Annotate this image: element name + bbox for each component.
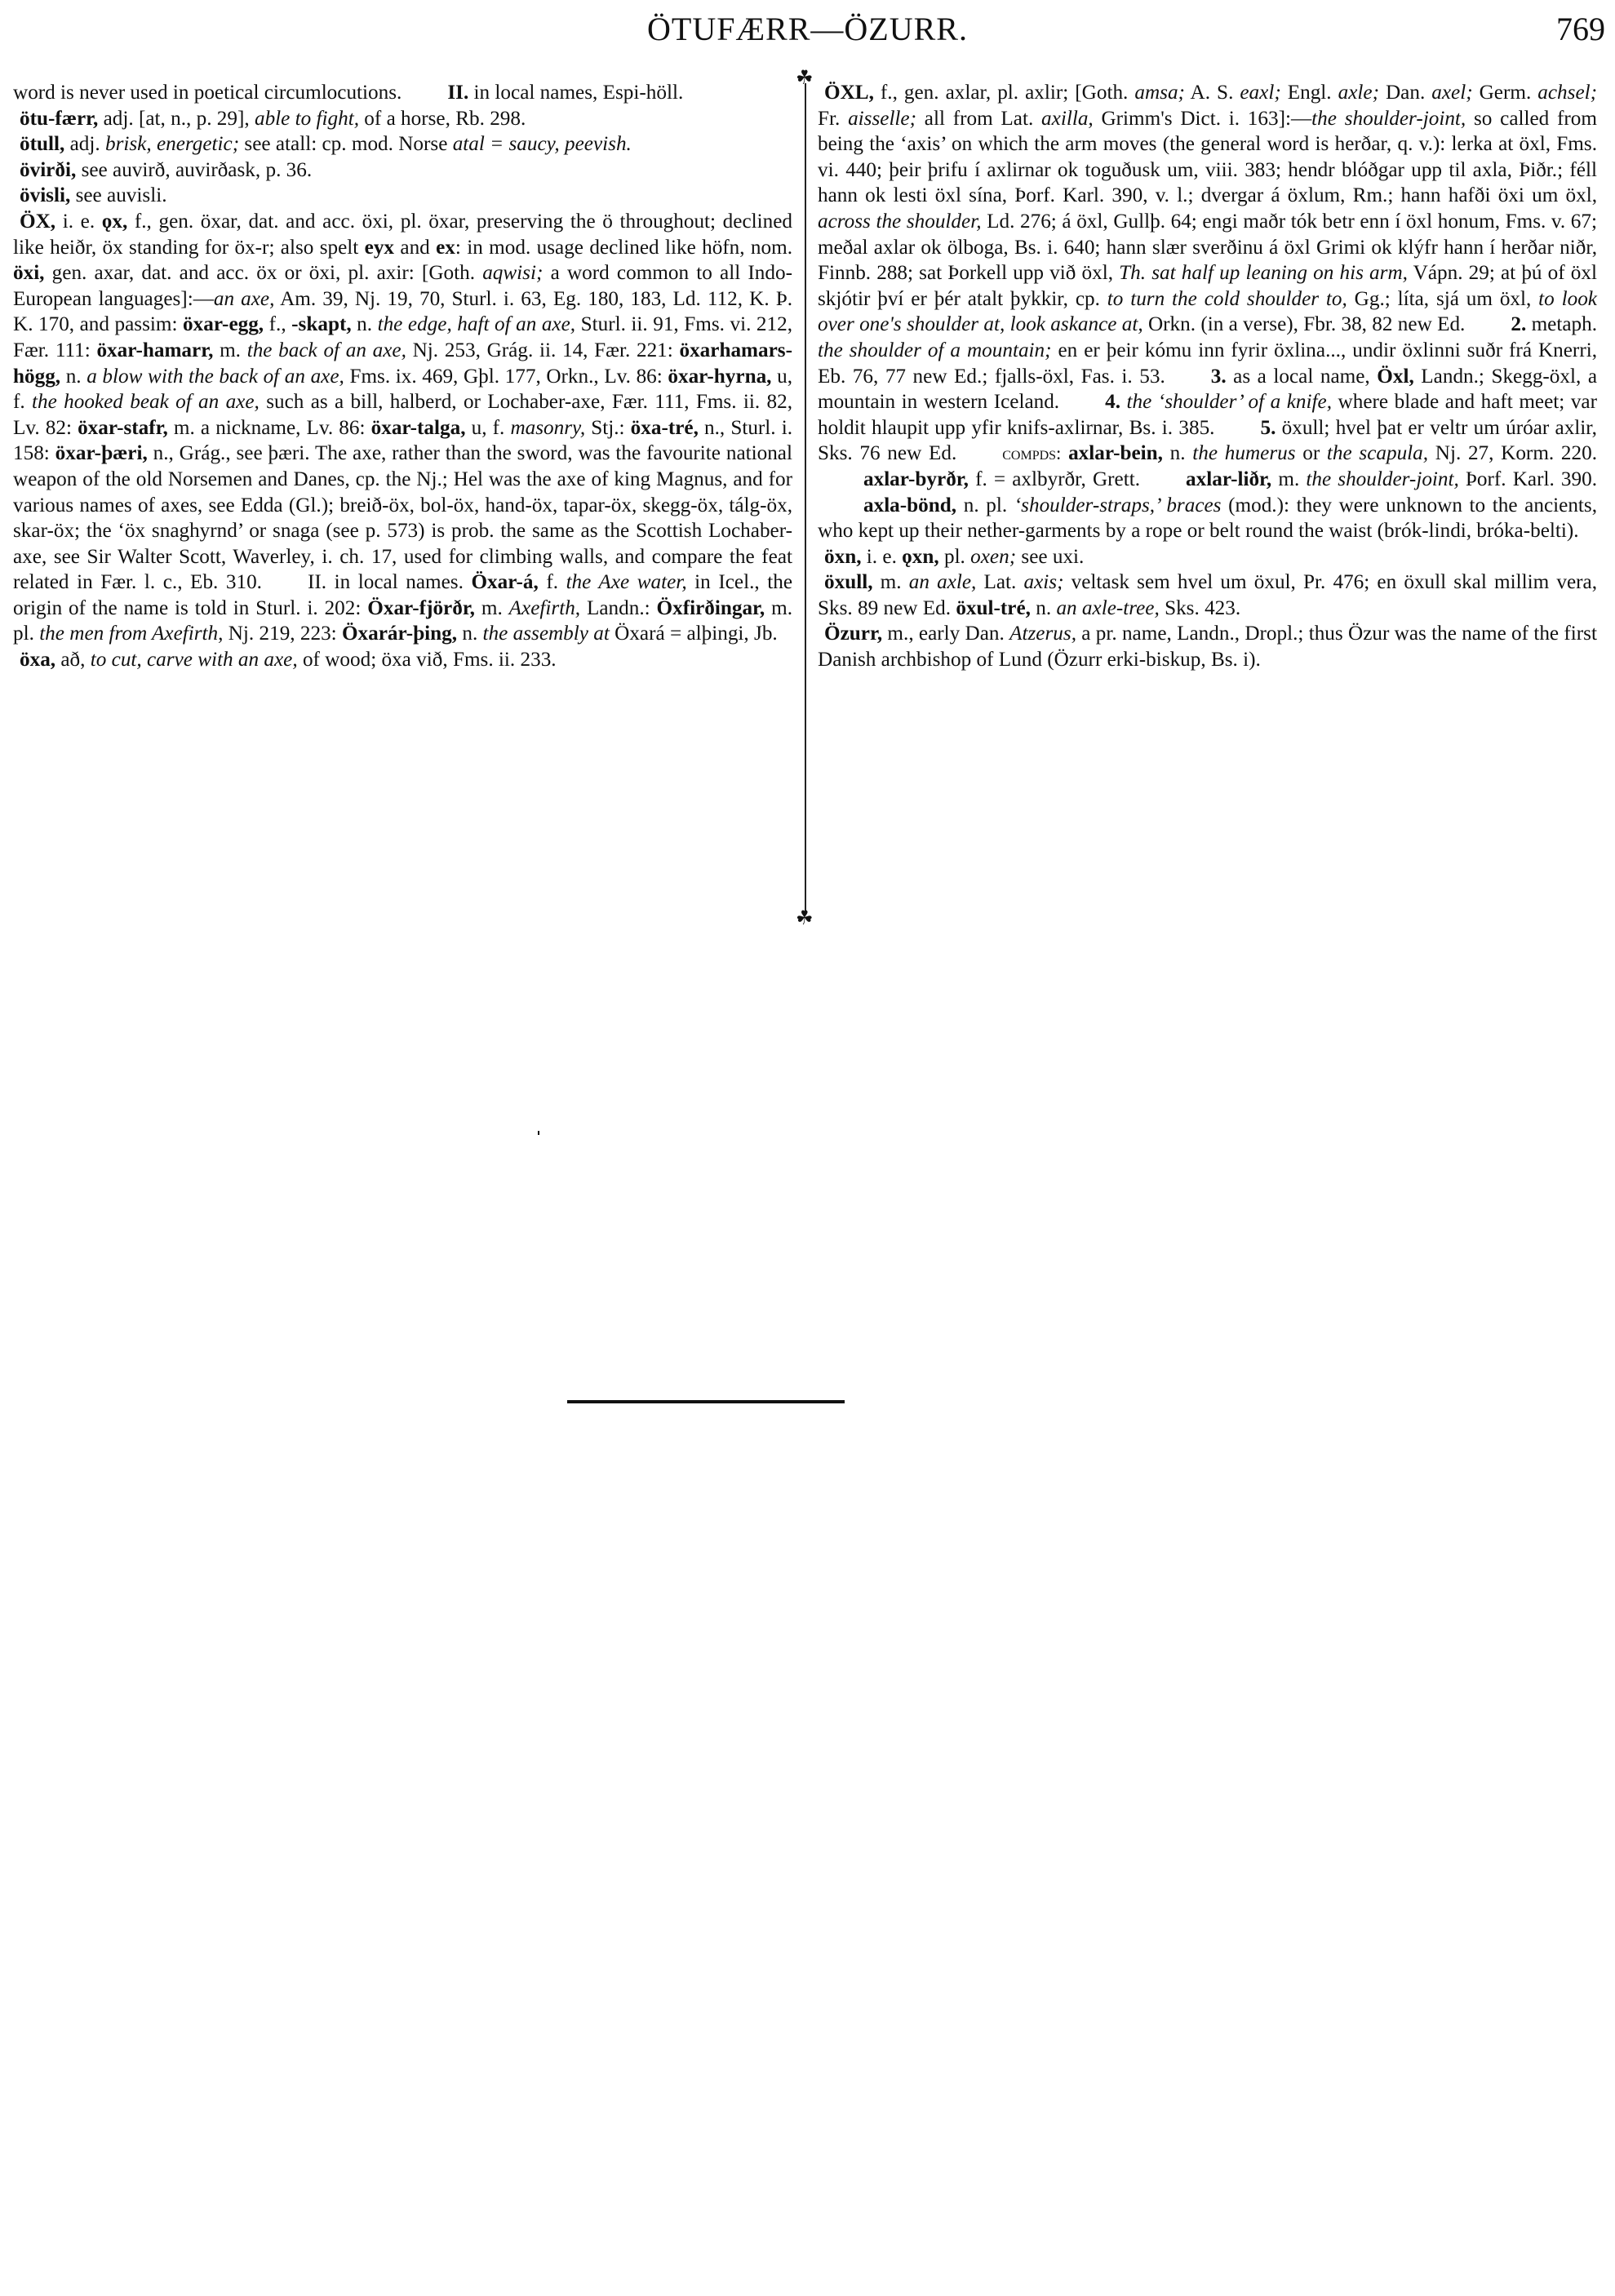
trefoil-ornament-icon: ☘ [796,909,814,929]
text: Nj. 253, Grág. ii. 14, Fær. 221: [406,339,680,361]
variant: eyx [365,237,394,259]
text: að, [55,649,91,671]
compound: -skapt, [291,313,351,335]
text: n. pl. [956,494,1014,516]
entry-otull: ötull, adj. brisk, energetic; see atall:… [13,131,792,157]
entry-oxl: ÖXL, f., gen. axlar, pl. axlir; [Goth. a… [818,80,1597,544]
section-text: II. in local names. [308,571,471,593]
entry-oxa: öxa, að, to cut, carve with an axe, of w… [13,647,792,673]
definition: the assembly at [483,623,610,645]
text: m. a nickname, Lv. 86: [168,417,371,439]
compound: Öxarár-þing, [342,623,457,645]
headword: öxn, [824,546,862,568]
text: see auvisli. [70,184,166,206]
compound: Öxar-fjörðr, [367,597,475,619]
compounds-label: compds: [1002,443,1061,463]
variant: ǫx, [102,211,127,233]
cognate: axis; [1024,571,1064,593]
definition: an axe, [214,288,275,310]
definition: atal = saucy, peevish. [453,133,632,155]
compound: axlar-bein, [1061,442,1163,464]
definition: oxen; [970,546,1016,568]
text: adj. [at, n., p. 29], [98,108,255,130]
section-number: II. [447,82,468,104]
entry-otu-faerr: ötu-færr, adj. [at, n., p. 29], able to … [13,106,792,132]
headword: övisli, [20,184,70,206]
text: f., [264,313,291,335]
right-column: ÖXL, f., gen. axlar, pl. axlir; [Goth. a… [818,80,1597,673]
definition: aqwisi; [482,262,543,284]
definition: a blow with the back of an axe, [87,366,344,388]
sense-number: 2. [1511,313,1526,335]
text: Lat. [976,571,1023,593]
text: u, f. [466,417,511,439]
text: n. [352,313,378,335]
definition: Th. sat half up leaning on his arm, [1119,262,1408,284]
compound: öxar-þæri, [55,442,148,464]
headword: övirði, [20,159,76,181]
compound: öxar-stafr, [78,417,168,439]
text: n. [1031,597,1056,619]
compound: Öxl, [1377,366,1413,388]
definition: the humerus [1192,442,1295,464]
cognate: aisselle; [848,108,916,130]
text: of a horse, Rb. 298. [359,108,526,130]
page-header: ÖTUFÆRR—ÖZURR. 769 [0,7,1615,55]
definition: an axle, [909,571,977,593]
text: Þorf. Karl. 390. [1459,468,1597,490]
headword: ÖXL, [824,82,874,104]
variant: ex [436,237,455,259]
text: m., early Dan. [882,623,1009,645]
compound: Öxfirðingar, [657,597,765,619]
headword: Özurr, [824,623,882,645]
definition: able to fight, [255,108,359,130]
text: Stj.: [585,417,631,439]
headword: öxull, [824,571,873,593]
definition: masonry, [510,417,585,439]
text: and [394,237,436,259]
text: : in mod. usage declined like höfn, nom. [455,237,792,259]
definition: the scapula, [1327,442,1428,464]
text: all from Lat. [916,108,1041,130]
text: or [1296,442,1327,464]
cognate: Atzerus, [1009,623,1076,645]
text: m. [1271,468,1306,490]
compound: axla-bönd, [863,494,956,516]
definition: the ‘shoulder’ of a knife, [1120,391,1332,413]
compound: öxar-egg, [183,313,264,335]
text: n. [457,623,482,645]
compound: öxar-hamarr, [96,339,213,361]
text: Engl. [1281,82,1338,104]
left-column: word is never used in poetical circumloc… [13,80,792,673]
entry-ovisli: övisli, see auvisli. [13,183,792,209]
cognate: amsa; [1134,82,1185,104]
page-number: 769 [1556,10,1605,48]
compound: Öxar-á, [471,571,538,593]
text: see uxi. [1016,546,1084,568]
compound: öxa-tré, [631,417,699,439]
headword: ötull, [20,133,64,155]
definition: the shoulder-joint, [1311,108,1466,130]
headword: öxa, [20,649,55,671]
entry-continuation: word is never used in poetical circumloc… [13,80,792,106]
definition: the Axe water, [566,571,687,593]
text: m. [873,571,909,593]
text: m. [475,597,509,619]
sense-number: 5. [1260,417,1276,439]
text: of wood; öxa við, Fms. ii. 233. [298,649,557,671]
compound: axlar-byrðr, [863,468,969,490]
definition: the hooked beak of an axe, [32,391,260,413]
sense-number: 4. [1105,391,1120,413]
headword: ötu-færr, [20,108,98,130]
entry-oxn: öxn, i. e. ǫxn, pl. oxen; see uxi. [818,544,1597,570]
text: Nj. 219, 223: [223,623,342,645]
entry-ozurr: Özurr, m., early Dan. Atzerus, a pr. nam… [818,621,1597,672]
text: Dan. [1379,82,1431,104]
definition: the back of an axe, [247,339,406,361]
text: n. [1163,442,1192,464]
text: m. [213,339,246,361]
cognate: axilla, [1041,108,1094,130]
cognate: achsel; [1537,82,1597,104]
definition: ‘shoulder-straps,’ braces [1014,494,1222,516]
definition: the edge, haft of an axe, [378,313,575,335]
definition: to cut, carve with an axe, [91,649,298,671]
text: Grimm's Dict. i. 163]:— [1094,108,1311,130]
definition: to turn the cold shoulder to, [1107,288,1347,310]
text: Gg.; líta, sjá um öxl, [1347,288,1538,310]
compound: axlar-liðr, [1186,468,1271,490]
text: see atall: cp. mod. Norse [239,133,453,155]
text: pl. [939,546,970,568]
text: Landn.: [580,597,656,619]
text: metaph. [1526,313,1597,335]
entry-ox: ÖX, i. e. ǫx, f., gen. öxar, dat. and ac… [13,209,792,647]
text: in local names, Espi-höll. [468,82,683,104]
text: Germ. [1473,82,1538,104]
text: f. = axlbyrðr, Grett. [969,468,1140,490]
text: Fms. ix. 469, Gþl. 177, Orkn., Lv. 86: [344,366,668,388]
text: i. e. [55,211,102,233]
variant: öxi, [13,262,44,284]
definition: the men from Axefirth, [39,623,223,645]
cognate: eaxl; [1240,82,1280,104]
text: gen. axar, dat. and acc. öx or öxi, pl. … [44,262,482,284]
text: Nj. 27, Korm. 220. [1428,442,1597,464]
text: as a local name, [1227,366,1378,388]
text: word is never used in poetical circumloc… [13,82,402,104]
column-divider [805,83,806,912]
definition: an axle-tree, [1056,597,1159,619]
entry-oxull: öxull, m. an axle, Lat. axis; veltask se… [818,570,1597,621]
end-rule [567,1400,845,1403]
definition: brisk, energetic; [105,133,239,155]
text: see auvirð, auvirðask, p. 36. [76,159,312,181]
text: n. [60,366,87,388]
text: f. [539,571,566,593]
definition: the shoulder-joint, [1306,468,1458,490]
text: f., gen. axlar, pl. axlir; [Goth. [874,82,1134,104]
text: Orkn. (in a verse), Fbr. 38, 82 new Ed. [1143,313,1466,335]
running-title: ÖTUFÆRR—ÖZURR. [0,10,1615,48]
text: i. e. [862,546,903,568]
compound: öxar-talga, [371,417,466,439]
cognate: axle; [1338,82,1379,104]
text: Sks. 423. [1160,597,1240,619]
headword: ÖX, [20,211,55,233]
text: adj. [64,133,105,155]
definition: across the shoulder, [818,211,982,233]
sense-number: 3. [1211,366,1227,388]
text: Fr. [818,108,848,130]
text: A. S. [1185,82,1240,104]
print-speck [538,1131,539,1135]
compound: öxul-tré, [956,597,1031,619]
definition: the shoulder of a mountain; [818,339,1052,361]
entry-ovirdi: övirði, see auvirð, auvirðask, p. 36. [13,157,792,184]
variant: ǫxn, [902,546,939,568]
text: Öxará = alþingi, Jb. [610,623,778,645]
definition: Axefirth, [509,597,580,619]
cognate: axel; [1431,82,1472,104]
compound: öxar-hyrna, [668,366,771,388]
